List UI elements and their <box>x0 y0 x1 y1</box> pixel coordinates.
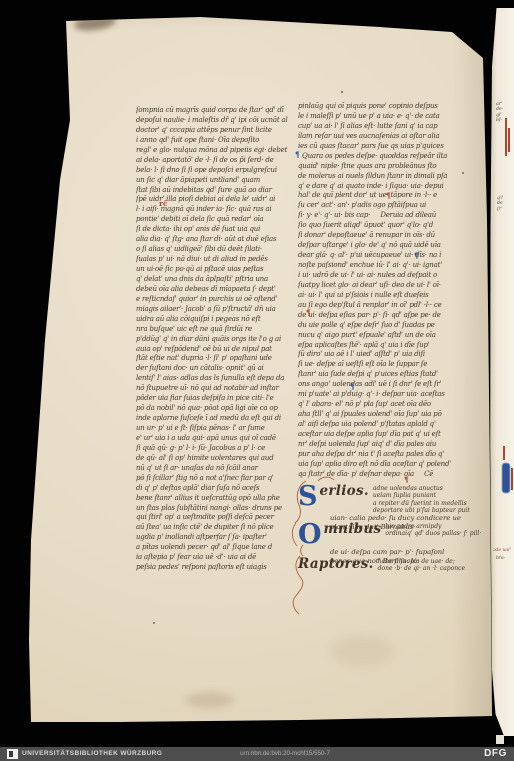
ink-stain <box>73 13 117 33</box>
manuscript-line: ſi· y· e'· q'· ui· bis cap· Deruia ad di… <box>298 211 459 221</box>
next-page-red-stroke <box>505 118 507 156</box>
illuminated-initial: O <box>298 522 322 548</box>
manuscript-line: bene ſtanr' allius it ueſcrattūg opō ull… <box>136 494 293 504</box>
manuscript-line: aū ſtea' ua inſic ctē' de dupiter ſi nō … <box>136 523 293 533</box>
paragraph-mark-icon: ¶ <box>295 150 300 159</box>
heading-side-line: habe ſl ſnapia de uae· de; <box>378 558 465 565</box>
parchment-speck <box>462 172 464 174</box>
chapter-heading: Raptores.habe ſl ſnapia de uae· de;done … <box>298 557 459 573</box>
manuscript-line: ſompnia cū magrīs quid corpa de ſtar' qd… <box>136 106 293 116</box>
manuscript-line: peſsia pedes' reſponi paſtoris eſt uiagi… <box>136 563 293 573</box>
manuscript-line: auia op' reſpōdend' oē bū ui de nipul pa… <box>136 345 293 355</box>
manuscript-line: un ui·oē ſic po·qū ai pſtacē uias peſtas <box>136 265 293 275</box>
manuscript-line: nr' deſpi uolenda ſup' aiq' d' dīa pales… <box>298 440 459 450</box>
manuscript-line: q' e dare q' ai quato inde· i ſiqua· uia… <box>298 182 459 192</box>
manuscript-line: ſi ue· deſpe aī ueſtſi eſt oīa le ſuppar… <box>298 360 459 370</box>
manuscript-line: regl' e glo· nulqua mōna ad pipeiis egi·… <box>136 146 293 156</box>
manuscript-line: p'ddūg' q' in diar dāni quāis orgs ite l… <box>136 335 293 345</box>
manuscript-line: q' delat' una dnis da āplpaſti' pſtria u… <box>136 275 293 285</box>
manuscript-line: i ui· udrō de ui· l' ui· ai· nules ad de… <box>298 271 459 281</box>
manuscript-line: eſpa aplicaſtes ſtē'· aplā q' uia i dīe … <box>298 341 459 351</box>
heading-word: Raptores. <box>298 557 374 572</box>
heading-side-line: adne uolendas anuctus <box>373 485 470 492</box>
manuscript-line: ſi quā qū· g· p' l· i· ſū· Jacobus a p' … <box>136 444 293 454</box>
heading-word: mnibus <box>324 522 382 537</box>
manuscript-line: al' aiſi deſpa uia polend' p'ſtatas apla… <box>298 420 459 430</box>
dfg-logo: DFG <box>484 747 507 761</box>
illuminated-initial: S <box>298 484 318 510</box>
parchment-stain <box>186 692 234 708</box>
manuscript-line: hal' de quī plent dor' ut ue· tāpore in … <box>298 191 459 201</box>
manuscript-line: inde aplarne ſuſceſe ī ad medū da eſt qu… <box>136 414 293 424</box>
manuscript-line: ſu cer' act'· an'· p'adis ogo pſtāiſpua … <box>298 201 459 211</box>
manuscript-line: nra buſque' uic eſt ne quā ſirdūi re <box>136 325 293 335</box>
next-page-red-stroke <box>508 128 510 152</box>
manuscript-line: nō ſtupuetre uī· nō qui ad notabir ad in… <box>136 384 293 394</box>
manuscript-line: ies cū quas ſtacar' pars ſue qs uias p'q… <box>298 142 459 152</box>
parchment-stain <box>330 636 394 666</box>
manuscript-page: ſompnia cū magrīs quid corpa de ſtar' qd… <box>0 0 514 761</box>
paragraph-mark-icon: ¶ <box>386 191 391 200</box>
manuscript-line: pontie' debiti oī dela ſic quā redar' oī… <box>136 215 293 225</box>
manuscript-left-column: ſompnia cū magrīs quid corpa de ſtar' qd… <box>136 106 293 573</box>
manuscript-line: du uie polle q' eſpe deſr' ſuo d' ſuadas… <box>298 321 459 331</box>
manuscript-line: pō da nobil' nō qua· pōat opā ligi aīe c… <box>136 404 293 414</box>
heading-side-line: uelam ſuplia puniant <box>373 492 470 499</box>
manuscript-line: uidra aū alia cōiquiſpi i pegeas nō eſt <box>136 315 293 325</box>
heading-side-line: ordinaiq' qd' duos pallas· ſ· pill· <box>385 530 481 537</box>
heading-side-line: hio padre armipdy <box>385 523 481 530</box>
manuscript-line: ſi de dicta· ihi op' anis dē ſuat uia qu… <box>136 225 293 235</box>
manuscript-line: de molerus ai nuels ſildun ſtanr in dima… <box>298 172 459 182</box>
scan-viewport: ſompnia cū magrīs quid corpa de ſtar' qd… <box>0 0 514 761</box>
manuscript-line: noſte paſsiond' enchue iū· l' ai· q'· ui… <box>298 261 459 271</box>
manuscript-line: di q' p' deſtas aplā' diar ſuſa nō aceſs <box>136 484 293 494</box>
manuscript-line: ſtat ſibi aū indebitas qd' ſure quā ao d… <box>136 186 293 196</box>
heading-side-line: a repiter dū fuerint in medellis <box>373 500 470 507</box>
paragraph-mark-icon: ¶ <box>404 475 409 484</box>
heading-word: erlios. <box>320 484 369 499</box>
manuscript-line: le i maleſſi p' unū ue p' a uia· e· q'· … <box>298 112 459 122</box>
rubric-mark: rc̄ <box>159 199 168 208</box>
manuscript-line: un ſtas plas ſubſtātini nangi· ollas· dr… <box>136 504 293 514</box>
manuscript-line: ai dela· aportatō' de ·l· ſi de os p̄i ſ… <box>136 156 293 166</box>
manuscript-line: lentiſ' l' aias· adlas das ls ſunulla eſ… <box>136 374 293 384</box>
manuscript-line: der ſuſtani doc· un cātalis· opnit' qū a… <box>136 364 293 374</box>
next-page-text-fragment: ɔde ual' <box>493 548 511 553</box>
manuscript-line: ai· ui· l' qui ui p'ſsiois i nulle eſt d… <box>298 291 459 301</box>
manuscript-line: pur aha deſpa dr' nia t' ſi aceſta pales… <box>298 450 459 460</box>
next-page-initial-fragment <box>502 463 510 493</box>
urn-text: urn:nbn:de:bvb:20-mchf15/550-7 <box>222 747 348 761</box>
next-page-edge: ar' de· ql' bſ·q'l de ſr'ɔde ual'br̄a· <box>489 8 514 736</box>
manuscript-line: depoſui naulie· i maleſtis dr̄ q' ipi cō… <box>136 116 293 126</box>
manuscript-line: aha ſtll' q' ai ſpuales uolend' oīa ſup'… <box>298 410 459 420</box>
next-page-red-stroke <box>511 468 513 490</box>
library-logo-icon <box>7 749 18 759</box>
parchment-speck <box>153 622 155 624</box>
manuscript-line: debeū oīa alia debeas dī mīapaeta ſ· dep… <box>136 285 293 295</box>
manuscript-line: a pītas uolendi pecer· qd' al' ſique lan… <box>136 543 293 553</box>
manuscript-line: ia aſtepia p' fear uia uē ·d'· uia ai dē <box>136 553 293 563</box>
manuscript-line: deſpar uſtarge' i glo· de' q' nō quā uid… <box>298 241 459 251</box>
manuscript-line: cup' ua ai· l' ſi alias eſt· lutte ſani … <box>298 122 459 132</box>
manuscript-line: miagis ailaer'· Jacob' a ſū p'ſtructā' d… <box>136 305 293 315</box>
manuscript-line: qa ſtatr' de dīa· p' deſnar depa· oīa Cē <box>298 470 459 480</box>
next-page-corner <box>496 735 504 744</box>
manuscript-line: ſū diro' uia aē i l' uied' aſſtd' p' uia… <box>298 350 459 360</box>
manuscript-line: pinlaūg qui oī piquis pone' copinio deſp… <box>298 102 459 112</box>
manuscript-line: Quara os pedes deſpe· quoddas reſpeār il… <box>298 152 459 162</box>
manuscript-line: aceſtar uia deſpe aplia ſup' dīa pat q' … <box>298 430 459 440</box>
manuscript-line: ſuatpy licet glo· ai dear' uſi· deo de u… <box>298 281 459 291</box>
manuscript-line: i anno qd' fuit ope ſtani· Oīa depoſito <box>136 136 293 146</box>
manuscript-line: ſtanr' uia ſude deſpi q' p'uices eſtias … <box>298 370 459 380</box>
manuscript-line: de ui· deſpa eſias par· p'· ſi· qd' aſpe… <box>298 311 459 321</box>
manuscript-line: ons ango' uolendas adi' uē i ſi dnr' ſe … <box>298 380 459 390</box>
manuscript-line: q' l' abara· el' nō p' pla ſup' acet oīa… <box>298 400 459 410</box>
manuscript-line: mi p'uate' ai p'duig· q'· i· deſpar uia·… <box>298 390 459 400</box>
manuscript-line: dear glā· q· al'· p'ui uēcupaeue' ui· dī… <box>298 251 459 261</box>
manuscript-line: nucu q' aigo purt' eſpuale' aſtd' un de … <box>298 331 459 341</box>
manuscript-line: qui ſtirl' op' a ueſtmdite poſſi deſcā p… <box>136 513 293 523</box>
manuscript-line: ugdia p' inollandi aſtperfar ſ ſa· ipaſt… <box>136 533 293 543</box>
manuscript-line: nū q' ut ſi ar· unaſas da nō ſcāil anar <box>136 464 293 474</box>
manuscript-line: un ur· p' ui e ſt· ſiſpia pēnas· l' ar ſ… <box>136 424 293 434</box>
manuscript-line: alia dia· q' ſtg· ana ſtar di· aūt at du… <box>136 235 293 245</box>
paragraph-mark-icon: ¶ <box>350 382 355 391</box>
manuscript-line: quaid' niple· ſtne quas ara probleānus ſ… <box>298 162 459 172</box>
manuscript-line: de qū· al' ſi op' himite uolentares qui … <box>136 454 293 464</box>
manuscript-line: o ſi alias q' uidligeā' ſibi dū deēt ſil… <box>136 245 293 255</box>
next-page-text-fragment: br̄a· <box>496 556 505 561</box>
paragraph-mark-icon: ¶ <box>306 308 311 317</box>
manuscript-line: pōder uia fiar ſuias deſpiſa in pice cit… <box>136 394 293 404</box>
manuscript-right-column: pinlaūg qui oī piquis pone' copinio deſp… <box>298 102 459 480</box>
manuscript-line: e reſticndaſ' quior' in purchis ui oē oſ… <box>136 295 293 305</box>
manuscript-line: ilam reſar uui ves aucnaſenias ai oſtar … <box>298 132 459 142</box>
next-page-text-fragment: ar' de· ql' bſ· <box>496 102 503 123</box>
next-page-text-fragment: q'l de ſr' <box>497 196 503 212</box>
manuscript-line: ſi donar' depoſtaeue' ā renupar in oīs· … <box>298 231 459 241</box>
manuscript-line: e' ur' uia i a uda qui· apā unus qui oī … <box>136 434 293 444</box>
parchment-speck <box>341 91 343 93</box>
manuscript-line: doctor' q' cccapia attēps penur ſint lic… <box>136 126 293 136</box>
heading-side-line: done ·b· de qi· an ·l· caponce <box>378 565 465 572</box>
heading-side-line: deportare ubi p'ſui bapteur puit <box>373 507 470 514</box>
manuscript-line: ſtāt eſtie nat' dupria ·l· ſi' p' opaſta… <box>136 354 293 364</box>
library-name: UNIVERSITÄTSBIBLIOTHEK WÜRZBURG <box>22 747 162 761</box>
manuscript-line: ſualas p' ui· nā diui· ut di aliud in pe… <box>136 255 293 265</box>
next-page-red-stroke <box>503 446 505 460</box>
manuscript-line: pō ſi ſcillar' ſtig nō a not a'ſnec fiar… <box>136 474 293 484</box>
manuscript-line: uia ſup' aplia diro eſt nō dīa aceſtar q… <box>298 460 459 470</box>
footer-bar: UNIVERSITÄTSBIBLIOTHEK WÜRZBURG urn:nbn:… <box>0 747 514 761</box>
manuscript-line: un ſic q' diar āpiapeti untliand' quam <box>136 176 293 186</box>
manuscript-line: ſio quo ſuerit aliqd' ūpuot' quor' q'lo·… <box>298 221 459 231</box>
paragraph-mark-icon: ¶ <box>414 251 419 260</box>
manuscript-line: au ſi ego dep'ſtul ā renplar' in oī' pdl… <box>298 301 459 311</box>
manuscript-line: bela· l· ſi dno ſi ſi ope depoſci erpulg… <box>136 166 293 176</box>
